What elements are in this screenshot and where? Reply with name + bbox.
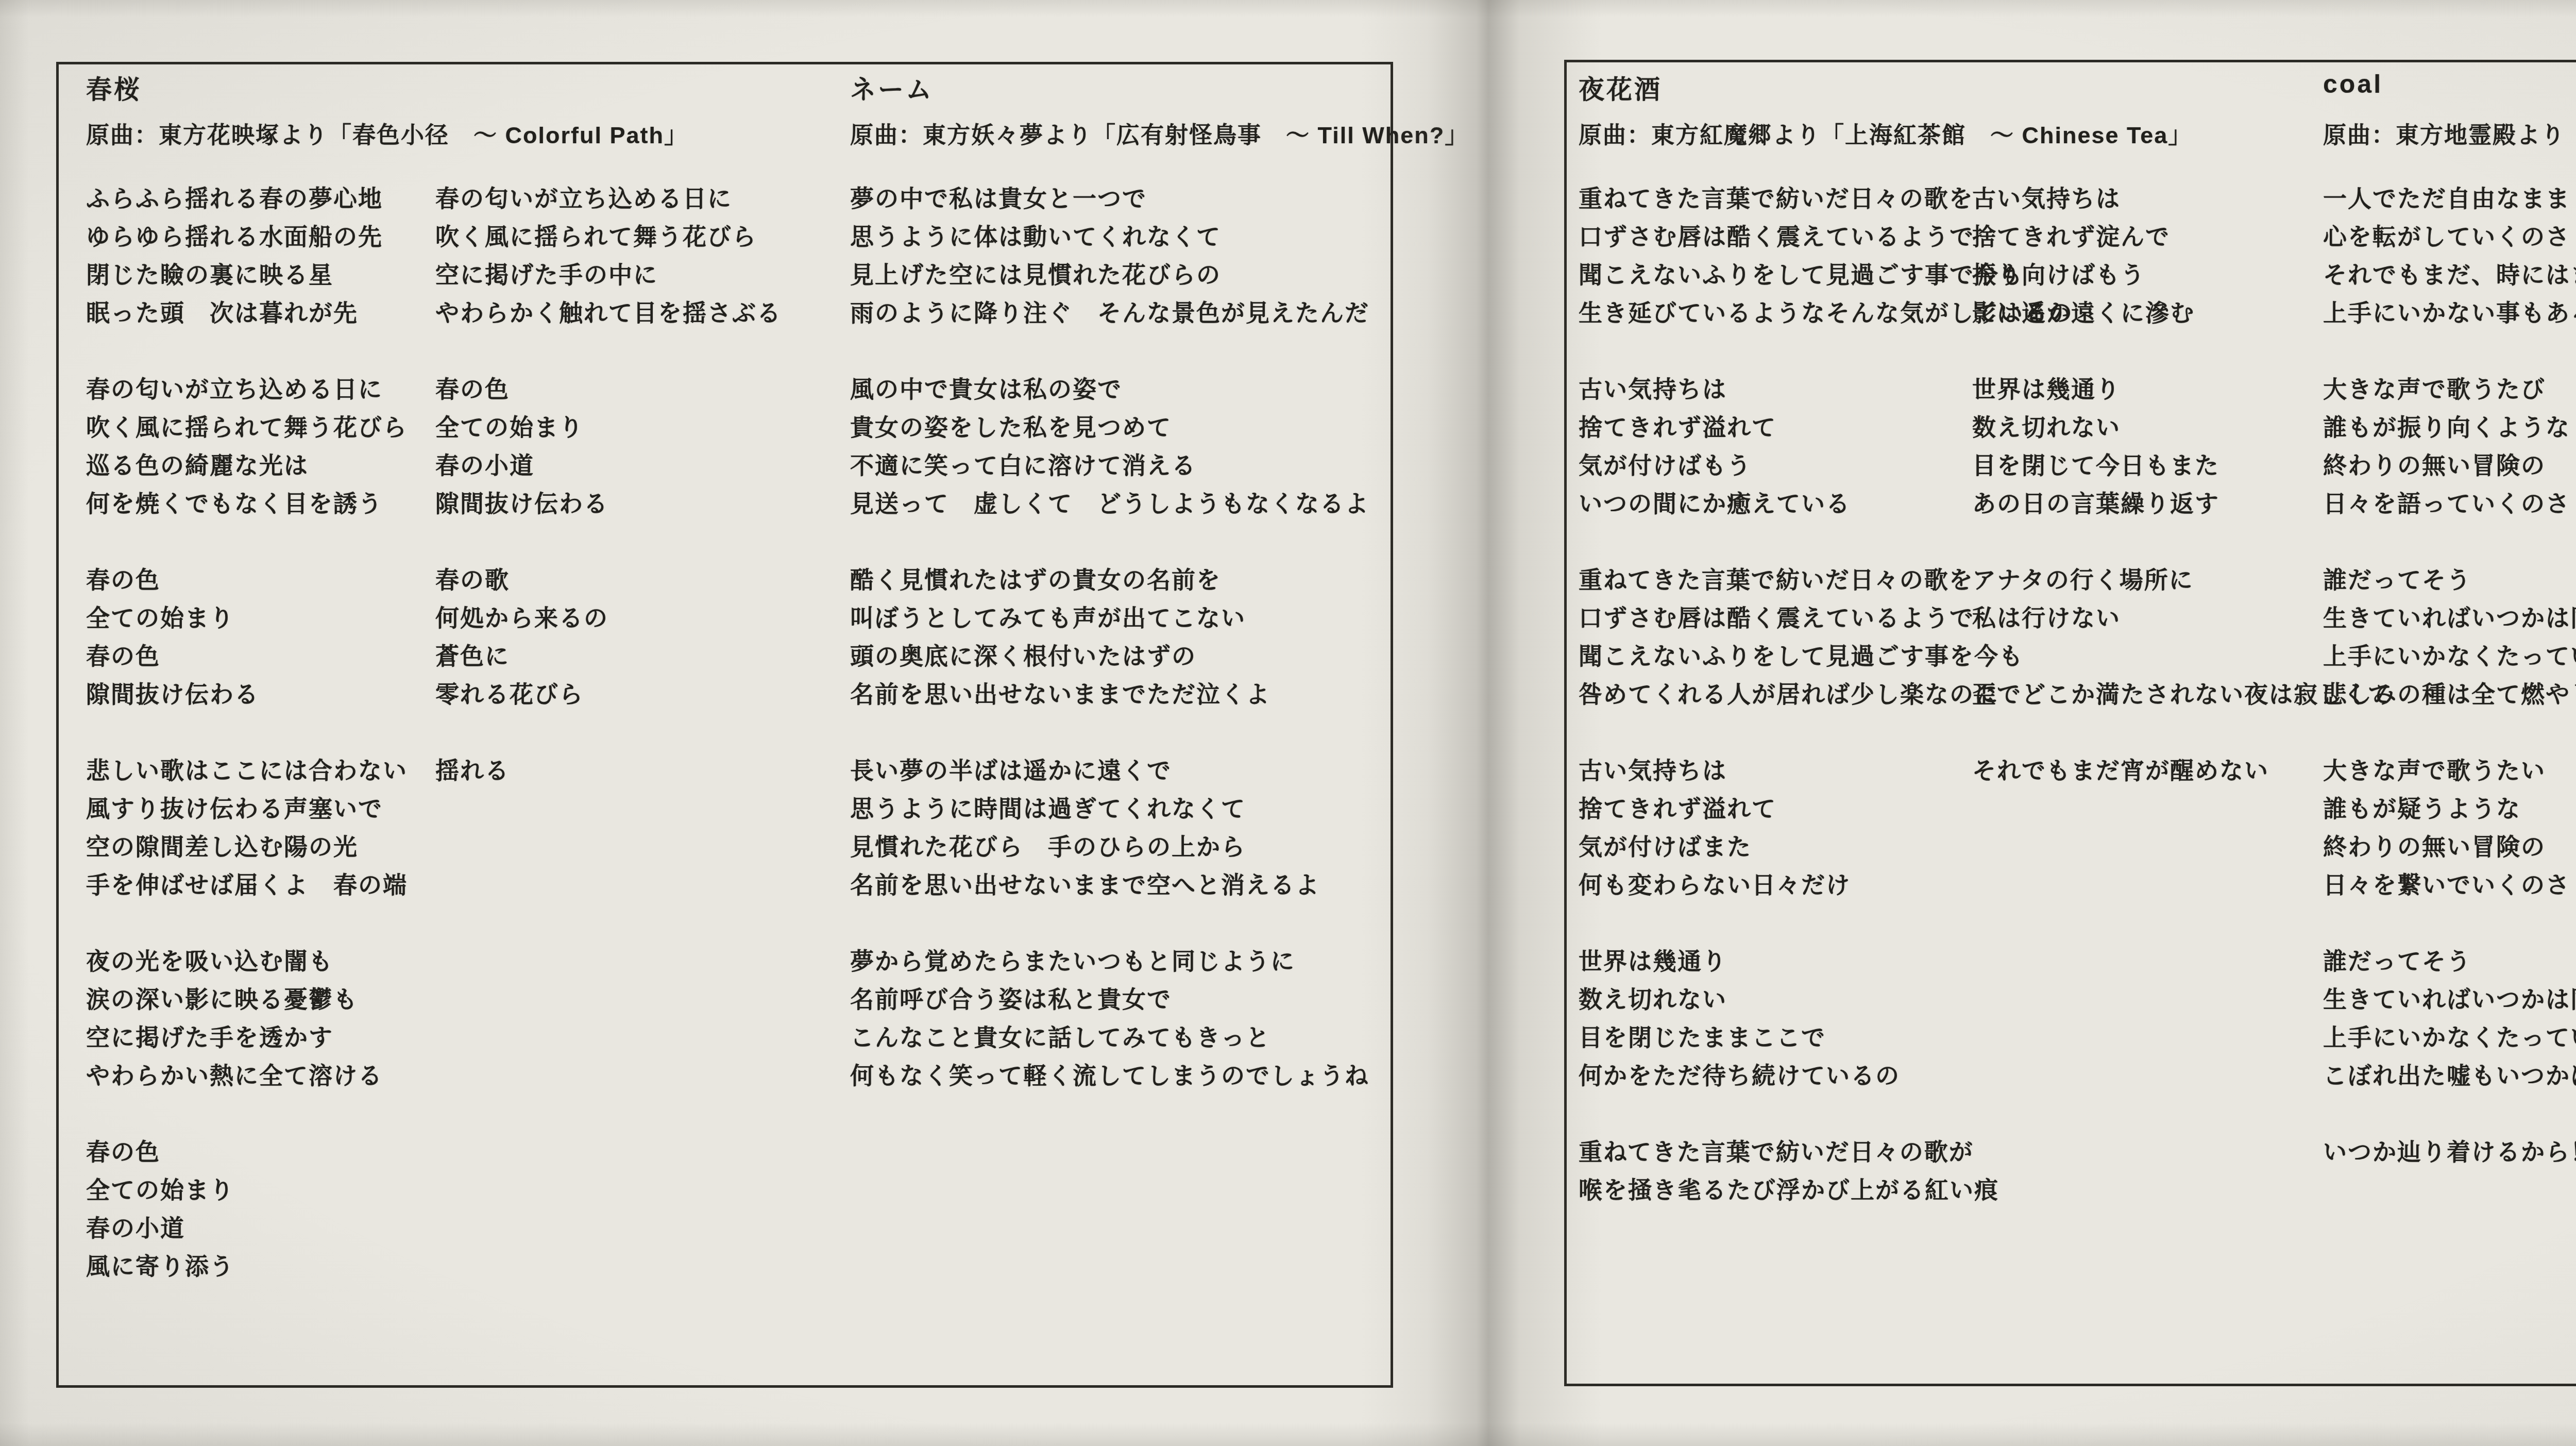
stanza: 春の色全ての始まり春の小道隙間抜け伝わる (435, 370, 782, 523)
lyric-line: 日々を語っていくのさ (2323, 484, 2576, 523)
stanza: いつか辿り着けるから！ (2323, 1133, 2576, 1171)
stanza: 揺れる (435, 751, 782, 789)
lyric-line: 心を転がしていくのさ (2323, 217, 2576, 256)
lyric-line: 上手にいかなくたっていい (2323, 637, 2576, 675)
lyric-line: 隙間抜け伝わる (435, 484, 782, 523)
lyric-line: 閉じた瞼の裏に映る星 (86, 256, 408, 294)
lyric-line: 春の小道 (435, 446, 782, 484)
song-origin-yobanazake: 原曲：東方紅魔郷より「上海紅茶館 ～ Chinese Tea」 (1579, 116, 2192, 150)
lyric-line: 何処から来るの (435, 599, 782, 637)
lyric-line: 手を伸ばせば届くよ 春の端 (86, 866, 408, 904)
stanza: 春の歌何処から来るの蒼色に零れる花びら (435, 561, 782, 713)
lyric-line: 酷く見慣れたはずの貴女の名前を (850, 561, 1369, 599)
lyric-line: 全ての始まり (86, 1171, 408, 1209)
lyric-line: 空の隙間差し込む陽の光 (86, 828, 408, 866)
lyric-line: 見上げた空には見慣れた花びらの (850, 256, 1369, 294)
stanza: 大きな声で歌うたび誰もが振り向くような終わりの無い冒険の日々を語っていくのさ (2323, 370, 2576, 523)
song-origin-harusakura: 原曲：東方花映塚より「春色小径 ～ Colorful Path」 (86, 116, 688, 150)
song-origin-name: 原曲：東方妖々夢より「広有射怪鳥事 ～ Till When?」 (850, 116, 1469, 150)
lyric-line: 隙間抜け伝わる (86, 675, 408, 713)
lyric-line: 春の歌 (435, 561, 782, 599)
lyric-line: 何もなく笑って軽く流してしまうのでしょうね (850, 1056, 1369, 1095)
lyric-line: 喉を掻き毟るたび浮かび上がる紅い痕 (1579, 1171, 2073, 1209)
lyric-line: 誰もが振り向くような (2323, 408, 2576, 446)
lyric-line: 誰だってそう (2323, 561, 2576, 599)
lyric-line: 眠った頭 次は暮れが先 (86, 294, 408, 332)
lyric-line: 見慣れた花びら 手のひらの上から (850, 828, 1369, 866)
stanza: 夢の中で私は貴女と一つで思うように体は動いてくれなくて見上げた空には見慣れた花び… (850, 179, 1369, 332)
lyric-line: 揺れる (435, 751, 782, 789)
stanza: 春の匂いが立ち込める日に吹く風に揺られて舞う花びら巡る色の綺麗な光は何を焼くでも… (86, 370, 408, 523)
lyric-line: 不適に笑って白に溶けて消える (850, 446, 1369, 484)
lyric-line: 吹く風に揺られて舞う花びら (86, 408, 408, 446)
lyric-line: 風に寄り添う (86, 1247, 408, 1285)
lyric-line: やわらかい熱に全て溶ける (86, 1056, 408, 1095)
stanza: 誰だってそう生きていればいつかは同じ旅に出る事になるだろう上手にいかなくたってい… (2323, 942, 2576, 1095)
lyric-line: 春の色 (86, 561, 408, 599)
lyric-line: 涙の深い影に映る憂鬱も (86, 980, 408, 1018)
stanza: 風の中で貴女は私の姿で貴女の姿をした私を見つめて不適に笑って白に溶けて消える見送… (850, 370, 1369, 523)
song-origin-coal: 原曲：東方地霊殿より「死体旅行 ～ Be of good cheer ！」 (2323, 116, 2576, 150)
stanza: 悲しい歌はここには合わない風すり抜け伝わる声塞いで空の隙間差し込む陽の光手を伸ば… (86, 751, 408, 904)
lyric-line: 何も変わらない日々だけ (1579, 866, 2073, 904)
lyric-line: ゆらゆら揺れる水面船の先 (86, 217, 408, 256)
lyric-line: 一人でただ自由なまま (2323, 179, 2576, 217)
stanza: ふらふら揺れる春の夢心地ゆらゆら揺れる水面船の先閉じた瞼の裏に映る星眠った頭 次… (86, 179, 408, 332)
lyric-line: 誰だってそう (2323, 942, 2576, 980)
lyric-line: 春の匂いが立ち込める日に (86, 370, 408, 408)
lyric-line: 春の小道 (86, 1209, 408, 1247)
stanza: 春の色全ての始まり春の色隙間抜け伝わる (86, 561, 408, 713)
lyric-line: 悲しみの種は全て燃やしてしまうのさ (2323, 675, 2576, 713)
lyric-line: 零れる花びら (435, 675, 782, 713)
song-title-harusakura: 春桜 (86, 69, 142, 106)
lyric-line: 気が付けばまた (1579, 828, 2073, 866)
lyric-line: 夜の光を吸い込む闇も (86, 942, 408, 980)
lyric-line: 春の色 (435, 370, 782, 408)
lyric-line: 日々を繋いでいくのさ (2323, 866, 2576, 904)
lyric-line: 誰もが疑うような (2323, 789, 2576, 828)
lyric-line: 終わりの無い冒険の (2323, 828, 2576, 866)
lyric-line: 全ての始まり (86, 599, 408, 637)
lyric-line: 春の匂いが立ち込める日に (435, 179, 782, 217)
lyrics-column-name-1: 夢の中で私は貴女と一つで思うように体は動いてくれなくて見上げた空には見慣れた花び… (850, 179, 1369, 1133)
lyric-line: ふらふら揺れる春の夢心地 (86, 179, 408, 217)
stanza: 重ねてきた言葉で紡いだ日々の歌が喉を掻き毟るたび浮かび上がる紅い痕 (1579, 1133, 2073, 1209)
stanza: 酷く見慣れたはずの貴女の名前を叫ぼうとしてみても声が出てこない頭の奥底に深く根付… (850, 561, 1369, 713)
lyric-line: 叫ぼうとしてみても声が出てこない (850, 599, 1369, 637)
lyric-line: 生きていればいつかは同じ旅に出る事になるだろう (2323, 599, 2576, 637)
lyric-line: 何を焼くでもなく目を誘う (86, 484, 408, 523)
lyric-line: 大きな声で歌うたび (2323, 370, 2576, 408)
stanza: 春の匂いが立ち込める日に吹く風に揺られて舞う花びら空に掲げた手の中にやわらかく触… (435, 179, 782, 332)
lyric-line: 吹く風に揺られて舞う花びら (435, 217, 782, 256)
lyric-line: 何かをただ待ち続けているの (1579, 1056, 2073, 1095)
lyric-line: 重ねてきた言葉で紡いだ日々の歌が (1579, 1133, 2073, 1171)
lyric-line: こぼれ出た嘘もいつかは本当になるから (2323, 1056, 2576, 1095)
lyric-line: 大きな声で歌うたい (2323, 751, 2576, 789)
stanza: 世界は幾通り数え切れない目を閉じたままここで何かをただ待ち続けているの (1579, 942, 2073, 1095)
lyric-line: いつか辿り着けるから！ (2323, 1133, 2576, 1171)
stanza: 春の色全ての始まり春の小道風に寄り添う (86, 1133, 408, 1285)
lyric-line: 見送って 虚しくて どうしようもなくなるよ (850, 484, 1369, 523)
lyric-line: 雨のように降り注ぐ そんな景色が見えたんだ (850, 294, 1369, 332)
song-title-coal: coal (2323, 69, 2383, 99)
lyric-line: 名前を思い出せないままで空へと消えるよ (850, 866, 1369, 904)
song-title-name: ネーム (850, 69, 934, 106)
lyric-line: こんなこと貴女に話してみてもきっと (850, 1018, 1369, 1056)
lyric-line: 春の色 (86, 1133, 408, 1171)
lyric-line: 世界は幾通り (1579, 942, 2073, 980)
lyric-line: 思うように時間は過ぎてくれなくて (850, 789, 1369, 828)
stanza: 誰だってそう生きていればいつかは同じ旅に出る事になるだろう上手にいかなくたってい… (2323, 561, 2576, 713)
song-title-yobanazake: 夜花酒 (1579, 69, 1662, 106)
lyric-line: それでもまだ、時にはまた (2323, 256, 2576, 294)
lyric-line: 終わりの無い冒険の (2323, 446, 2576, 484)
lyric-line: 長い夢の半ばは遥かに遠くで (850, 751, 1369, 789)
lyric-line: 頭の奥底に深く根付いたはずの (850, 637, 1369, 675)
lyric-line: 夢から覚めたらまたいつもと同じように (850, 942, 1369, 980)
booklet-scan: 春桜 原曲：東方花映塚より「春色小径 ～ Colorful Path」 ふらふら… (0, 0, 2576, 1446)
lyric-line: 風すり抜け伝わる声塞いで (86, 789, 408, 828)
lyric-line: 数え切れない (1579, 980, 2073, 1018)
lyric-line: 思うように体は動いてくれなくて (850, 217, 1369, 256)
lyric-line: 名前呼び合う姿は私と貴女で (850, 980, 1369, 1018)
lyric-line: 生きていればいつかは同じ旅に出る事になるだろう (2323, 980, 2576, 1018)
stanza: 長い夢の半ばは遥かに遠くで思うように時間は過ぎてくれなくて見慣れた花びら 手のひ… (850, 751, 1369, 904)
lyric-line: 上手にいかない事もある (2323, 294, 2576, 332)
lyric-line: 風の中で貴女は私の姿で (850, 370, 1369, 408)
lyric-line: 上手にいかなくたっていい (2323, 1018, 2576, 1056)
lyric-line: 空に掲げた手を透かす (86, 1018, 408, 1056)
lyrics-column-coal-1: 一人でただ自由なまま心を転がしていくのさそれでもまだ、時にはまた上手にいかない事… (2323, 179, 2576, 1209)
lyric-line: 全ての始まり (435, 408, 782, 446)
lyric-line: 目を閉じたままここで (1579, 1018, 2073, 1056)
lyrics-column-harusakura-2: 春の匂いが立ち込める日に吹く風に揺られて舞う花びら空に掲げた手の中にやわらかく触… (435, 179, 782, 828)
lyric-line: 悲しい歌はここには合わない (86, 751, 408, 789)
stanza: 夢から覚めたらまたいつもと同じように名前呼び合う姿は私と貴女でこんなこと貴女に話… (850, 942, 1369, 1095)
stanza: 一人でただ自由なまま心を転がしていくのさそれでもまだ、時にはまた上手にいかない事… (2323, 179, 2576, 332)
stanza: 大きな声で歌うたい誰もが疑うような終わりの無い冒険の日々を繋いでいくのさ (2323, 751, 2576, 904)
lyric-line: 夢の中で私は貴女と一つで (850, 179, 1369, 217)
lyric-line: 春の色 (86, 637, 408, 675)
stanza: 夜の光を吸い込む闇も涙の深い影に映る憂鬱も空に掲げた手を透かすやわらかい熱に全て… (86, 942, 408, 1095)
lyric-line: 貴女の姿をした私を見つめて (850, 408, 1369, 446)
lyric-line: やわらかく触れて目を揺さぶる (435, 294, 782, 332)
lyric-line: 空に掲げた手の中に (435, 256, 782, 294)
lyric-line: 巡る色の綺麗な光は (86, 446, 408, 484)
lyric-line: 名前を思い出せないままでただ泣くよ (850, 675, 1369, 713)
lyrics-column-harusakura-1: ふらふら揺れる春の夢心地ゆらゆら揺れる水面船の先閉じた瞼の裏に映る星眠った頭 次… (86, 179, 408, 1323)
lyric-line: 蒼色に (435, 637, 782, 675)
